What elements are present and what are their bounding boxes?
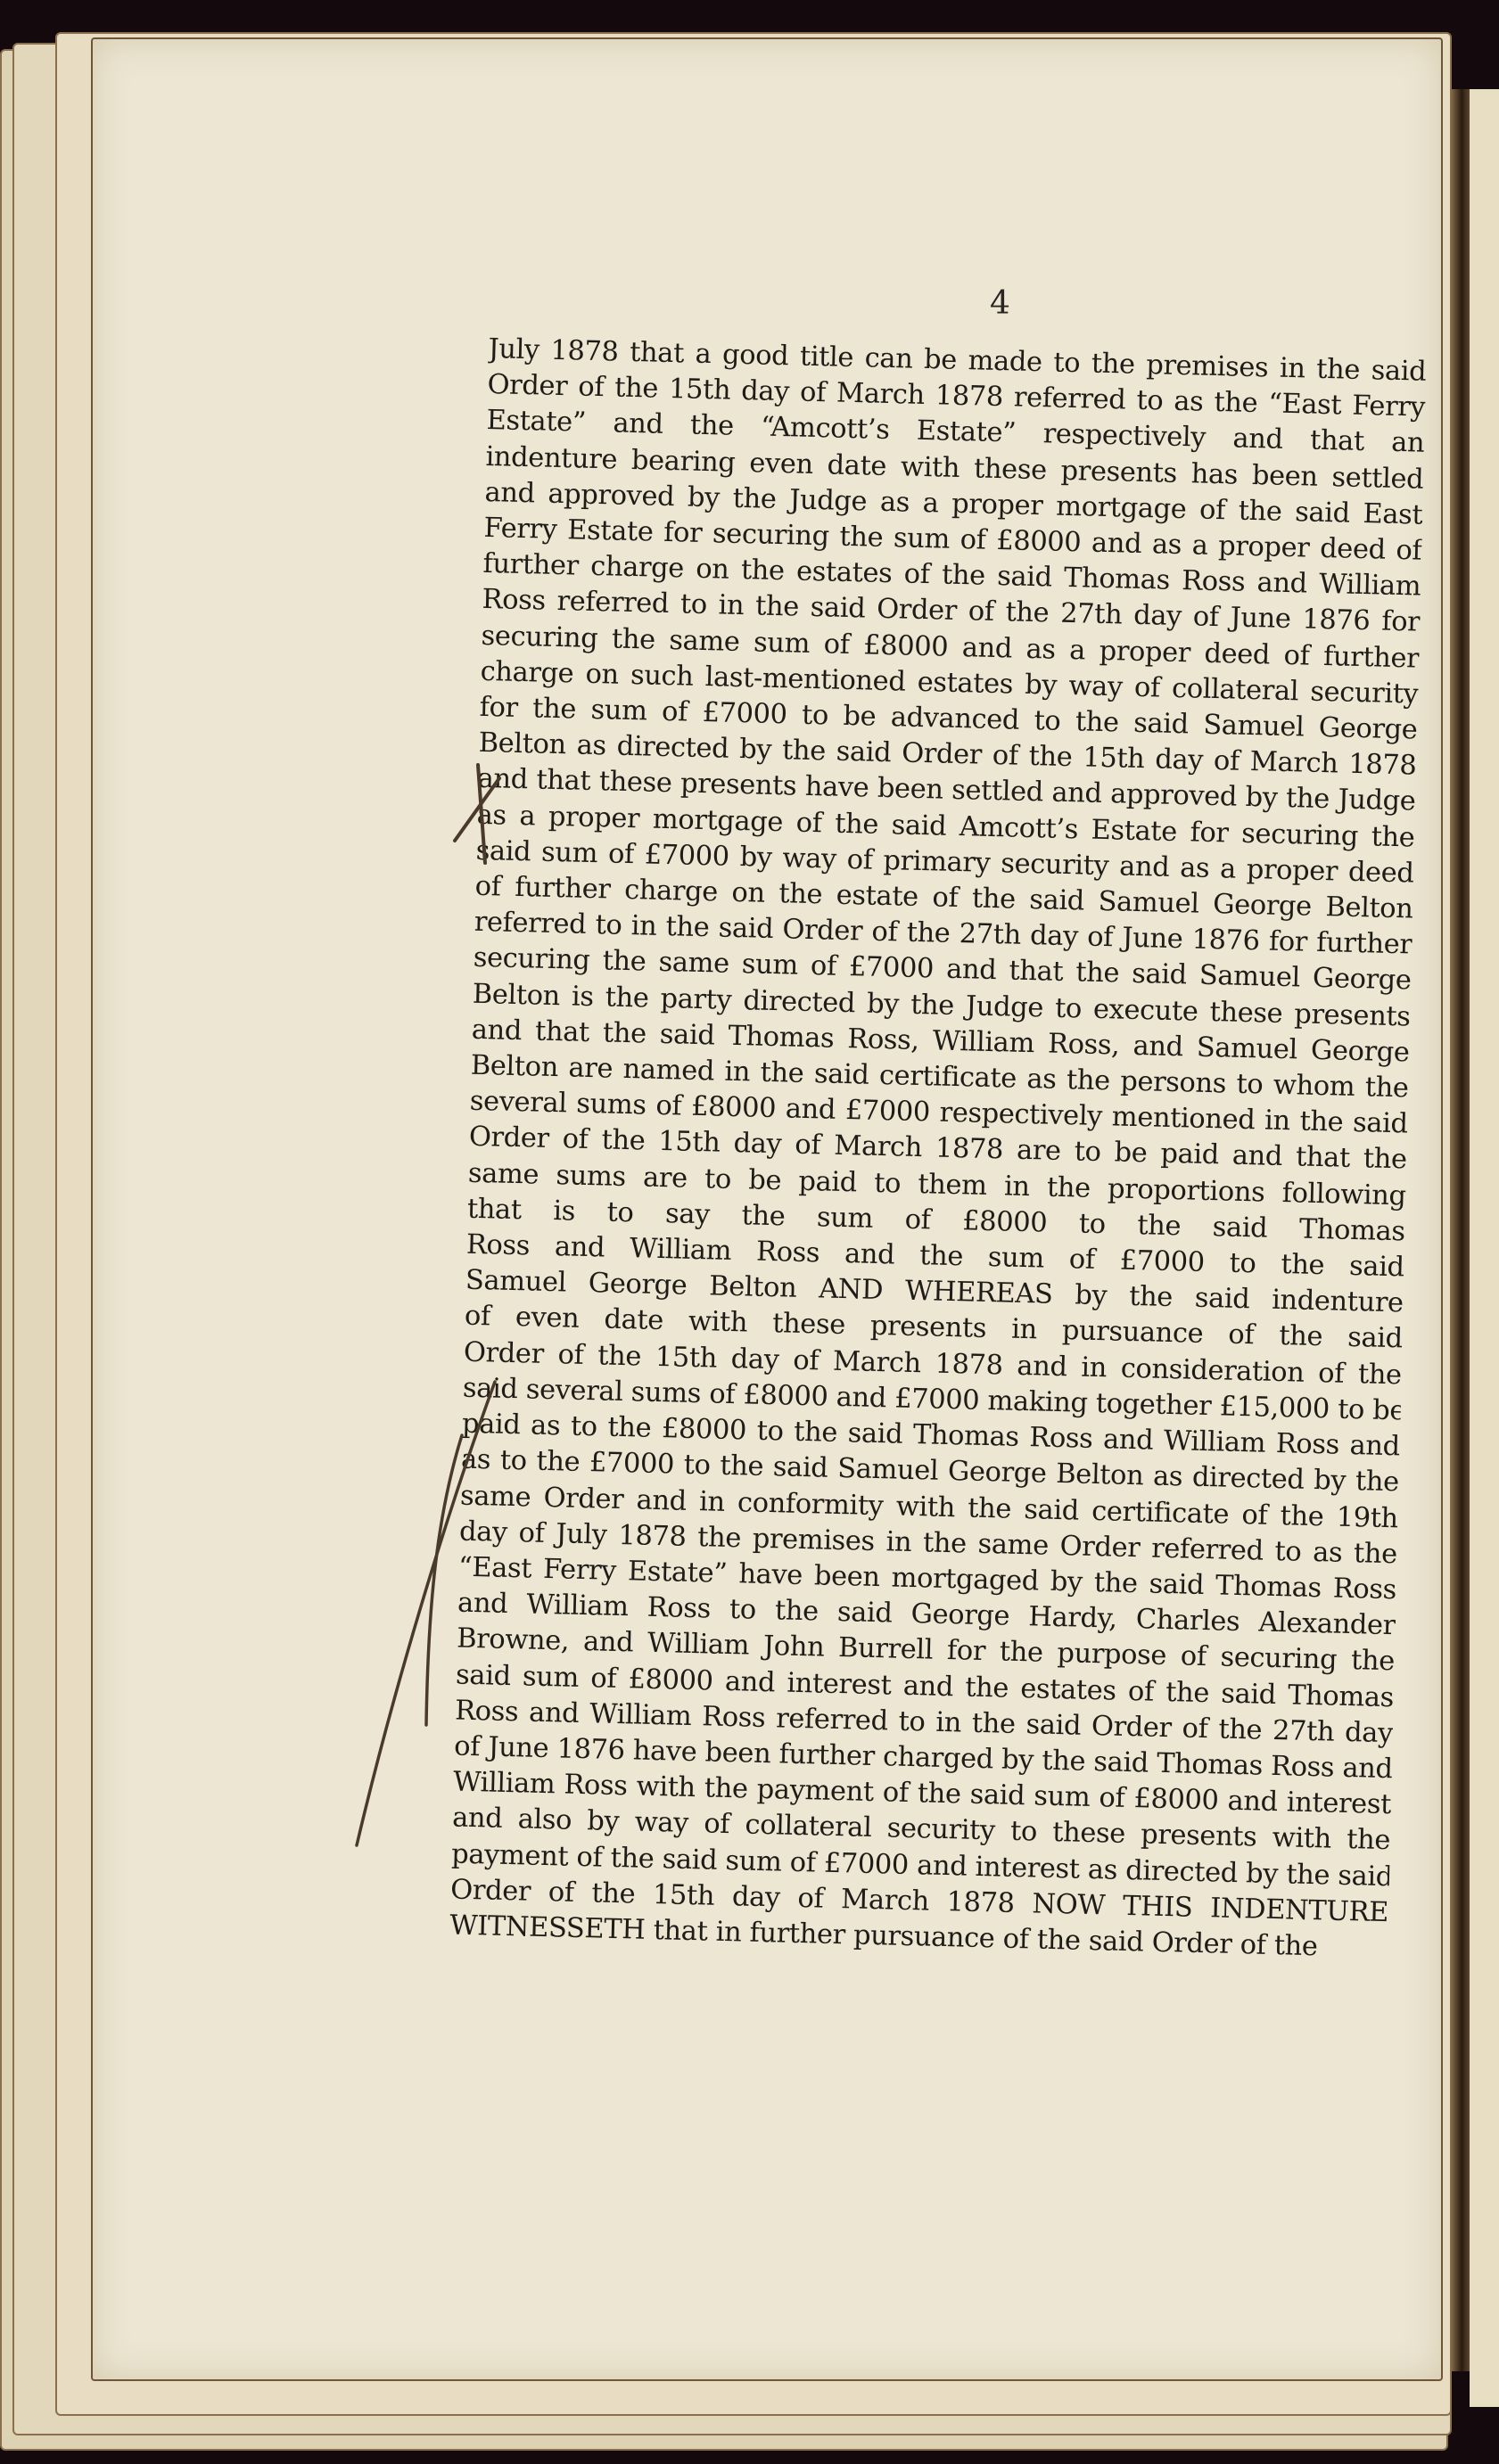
book-spine-gutter	[1450, 89, 1470, 2371]
body-text: July 1878 that a good title can be made …	[449, 332, 1427, 1967]
page-number: 4	[990, 285, 1010, 322]
facing-page-edge	[1470, 89, 1499, 2407]
